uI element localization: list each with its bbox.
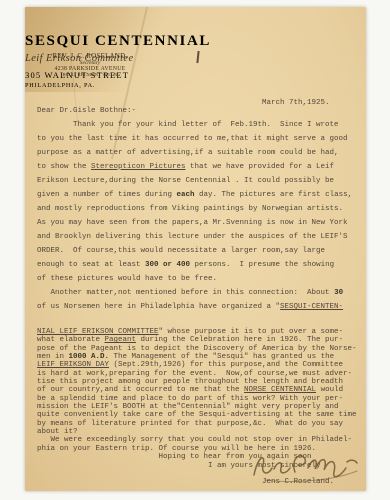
letter-line: given a number of times during each day.…: [37, 188, 365, 202]
letter-line: pose of the Pageant is to depict the Dis…: [37, 345, 365, 353]
letter-body-part1: Dear Dr.Gisle Bothne:- Thank you for you…: [37, 104, 365, 314]
letter-line: We were exceedingly sorry that you could…: [37, 436, 365, 444]
scan-background: { "colors": { "paper": "#e8d0a0", "typew…: [0, 0, 390, 500]
letter-line: LEIF ERIKSON DAY (Sept.29th,1926) for th…: [37, 361, 365, 369]
letter-line: tise this project among our people throu…: [37, 378, 365, 386]
letter-line: about it?: [37, 428, 365, 436]
letter-line: Jens C.Roseland.: [37, 478, 365, 486]
contact-name: REV. J. C. ROSELAND,: [31, 53, 149, 60]
letter-line: enough to seat at least 300 or 400 perso…: [37, 258, 365, 272]
letter-line: and mostly reproductions from Viking pai…: [37, 202, 365, 216]
city-line: PHILADELPHIA, PA.: [25, 82, 366, 89]
letter-line: [37, 470, 365, 478]
letter-line: ORDER. Of course,this would necessitate …: [37, 244, 365, 258]
letter-line: by means of literature printed for that …: [37, 420, 365, 428]
letter-line: what elaborate Pageant during the Celebr…: [37, 336, 365, 344]
letter-line: As you may have seen from the papers,a M…: [37, 216, 365, 230]
letter-line: Another matter,not mentioned before in t…: [37, 286, 365, 300]
letter-line: quite conveniently take care of the Sesq…: [37, 411, 365, 419]
letter-line: mission the LEIF's BOOTH at the"Centenni…: [37, 403, 365, 411]
letter-line: and Brooklyn delivering this lecture und…: [37, 230, 365, 244]
letter-body: Dear Dr.Gisle Bothne:- Thank you for you…: [37, 104, 365, 487]
letter-line: phia on your Eastern trip. Of course you…: [37, 445, 365, 453]
letter-line: of these pictures would have to be free.: [37, 272, 365, 286]
letter-line: men in 1000 A.D. The Management of the "…: [37, 353, 365, 361]
contact-phone: BELL, BELMONT 3651-R: [31, 72, 149, 77]
letter-paper: SESQUI CENTENNIAL Leif Erikson Committee…: [25, 7, 366, 491]
letter-line: Erikson Lecture,during the Norse Centenn…: [37, 174, 365, 188]
letter-line: I am yours most sincerely: [37, 462, 365, 470]
letter-line: to show the Stereopticon Pictures that w…: [37, 160, 365, 174]
letter-body-part2: NIAL LEIF ERIKSON COMMITTEE" whose purpo…: [37, 328, 365, 487]
letter-line: Hoping to hear from you again soon: [37, 453, 365, 461]
letter-line: Thank you for your kind letter of Feb.19…: [37, 118, 365, 132]
letter-line: purpose as a matter of advertising,if a …: [37, 146, 365, 160]
letter-line: Dear Dr.Gisle Bothne:-: [37, 104, 365, 118]
letter-line: of our country,and it occurred to me tha…: [37, 386, 365, 394]
contact-block: REV. J. C. ROSELAND, Secretary 4238 PARK…: [31, 53, 149, 77]
letter-line: be a splendid time and place to do part …: [37, 395, 365, 403]
letter-line: to you the last time it has occurred to …: [37, 132, 365, 146]
letter-line: NIAL LEIF ERIKSON COMMITTEE" whose purpo…: [37, 328, 365, 336]
letterhead-title: SESQUI CENTENNIAL: [25, 33, 366, 50]
letter-line: of us Norsemen here in Philadelphia have…: [37, 300, 365, 314]
letter-line: is hard at work,preparing for the event.…: [37, 370, 365, 378]
